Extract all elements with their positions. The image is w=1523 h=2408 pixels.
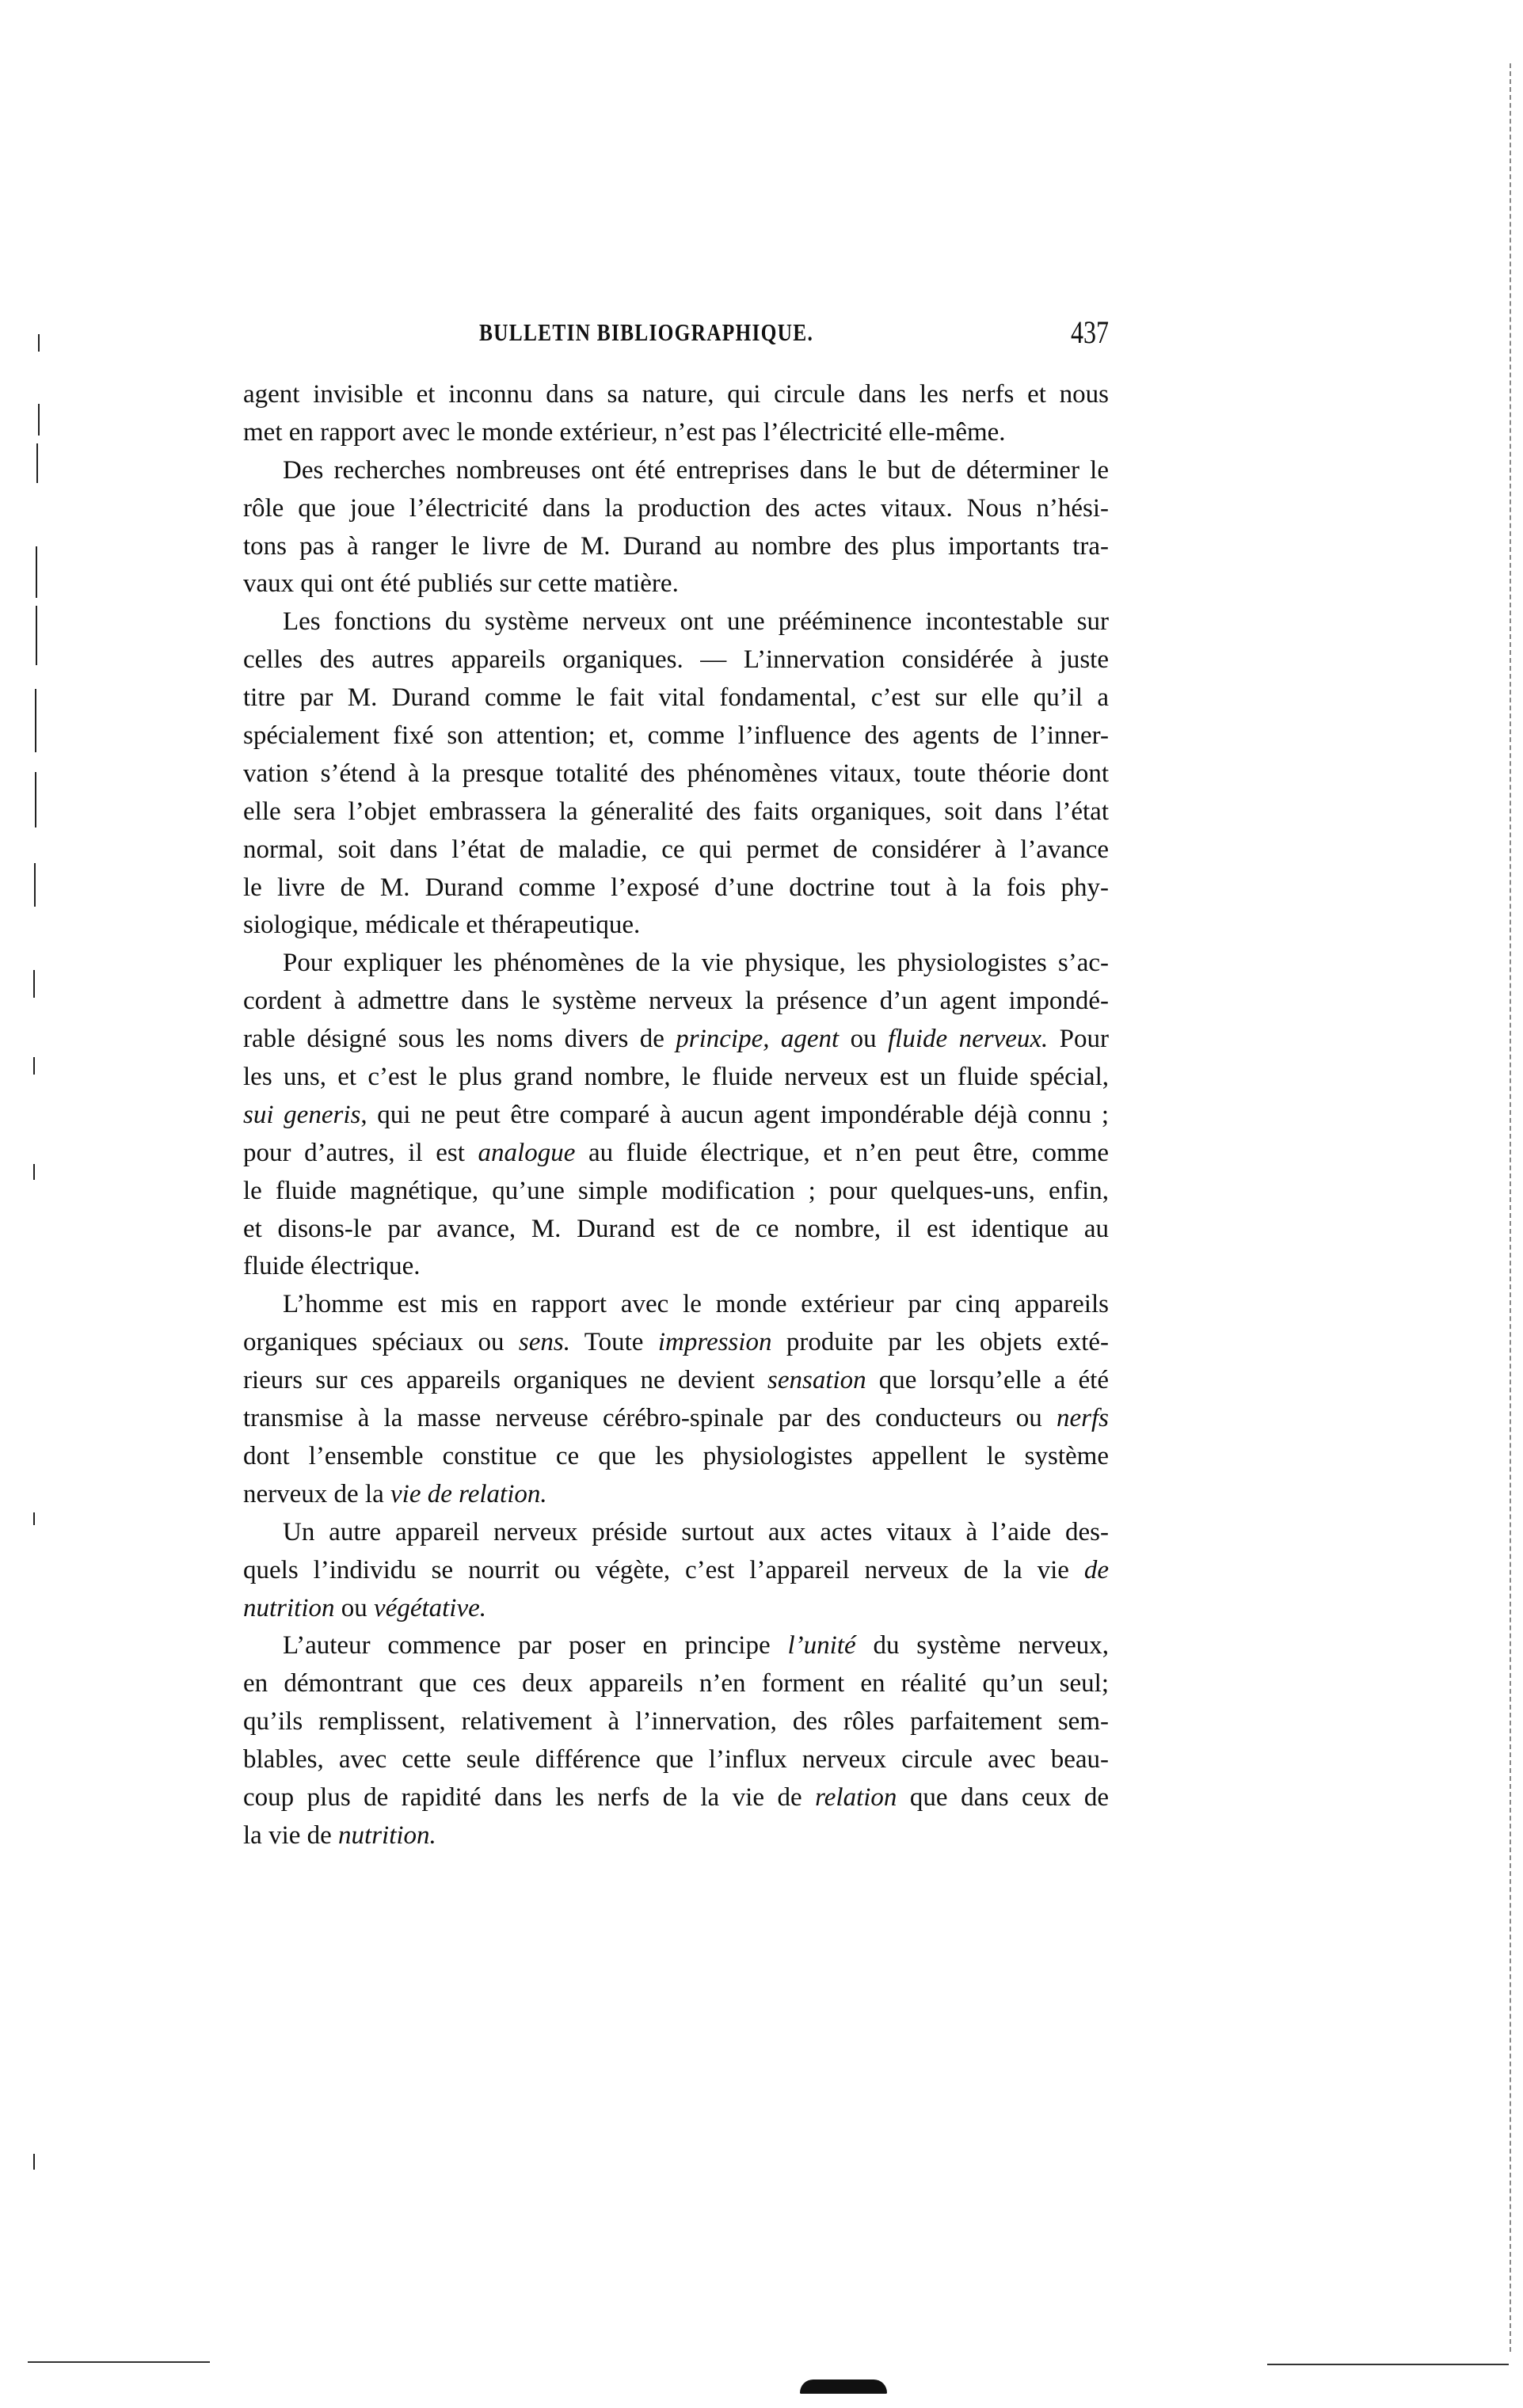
text-line: celles des autres appareils organiques. … [243, 641, 1109, 679]
italic-term: analogue [478, 1139, 576, 1167]
text-run: cordent à admettre dans le système nerve… [243, 987, 1109, 1015]
text-run: vation s’étend à la presque totalité des… [243, 759, 1109, 788]
text-run: blables, avec cette seule différence que… [243, 1745, 1109, 1774]
text-run: en démontrant que ces deux appareils n’e… [243, 1669, 1109, 1698]
paragraph-first-line: L’homme est mis en rapport avec le monde… [243, 1286, 1109, 1324]
text-run: rable désigné sous les noms divers de [243, 1025, 676, 1053]
text-run: siologique, médicale et thérapeutique. [243, 911, 640, 939]
text-run: rôle que joue l’électricité dans la prod… [243, 494, 1109, 523]
text-line: la vie de nutrition. [243, 1817, 1109, 1855]
text-line: dont l’ensemble constitue ce que les phy… [243, 1438, 1109, 1476]
text-run: Toute [570, 1328, 658, 1356]
text-line: elle sera l’objet embrassera la génerali… [243, 793, 1109, 831]
text-run: Les fonctions du système nerveux ont une… [283, 607, 1109, 636]
text-run: que lorsqu’elle a été [866, 1366, 1109, 1394]
text-line: tons pas à ranger le livre de M. Durand … [243, 528, 1109, 566]
margin-mark [34, 863, 36, 907]
text-run: quels l’individu se nourrit ou végète, c… [243, 1556, 1084, 1584]
text-line: spécialement fixé son attention; et, com… [243, 717, 1109, 755]
margin-mark [33, 970, 35, 998]
italic-term: l’unité [787, 1631, 855, 1660]
text-run: titre par M. Durand comme le fait vital … [243, 683, 1109, 712]
italic-term: vie de relation. [390, 1480, 547, 1508]
text-run: que dans ceux de [897, 1783, 1109, 1812]
text-line: et disons-le par avance, M. Durand est d… [243, 1211, 1109, 1249]
italic-term: impression [658, 1328, 772, 1356]
text-run: qu’ils remplissent, relativement à l’inn… [243, 1707, 1109, 1736]
right-scan-edge [1510, 63, 1513, 2352]
text-line: agent invisible et inconnu dans sa natur… [243, 376, 1109, 414]
italic-term: relation [815, 1783, 897, 1812]
text-run: dont l’ensemble constitue ce que les phy… [243, 1442, 1109, 1470]
text-line: vation s’étend à la presque totalité des… [243, 755, 1109, 793]
italic-term: nutrition. [338, 1821, 436, 1850]
italic-term: végétative. [374, 1594, 486, 1622]
text-run: fluide électrique. [243, 1252, 421, 1280]
margin-mark [35, 772, 36, 827]
text-line: fluide électrique. [243, 1248, 1109, 1286]
text-line: le livre de M. Durand comme l’exposé d’u… [243, 869, 1109, 907]
page-number: 437 [1071, 314, 1109, 351]
text-line: cordent à admettre dans le système nerve… [243, 983, 1109, 1021]
italic-term: sui generis [243, 1101, 360, 1129]
text-run: agent invisible et inconnu dans sa natur… [243, 380, 1109, 409]
bottom-ink-blot [800, 2379, 887, 2394]
text-line: nerveux de la vie de relation. [243, 1476, 1109, 1514]
text-run: Des recherches nombreuses ont été entrep… [283, 456, 1109, 485]
text-line: rôle que joue l’électricité dans la prod… [243, 490, 1109, 528]
paragraph-first-line: Les fonctions du système nerveux ont une… [243, 603, 1109, 641]
text-run: le livre de M. Durand comme l’exposé d’u… [243, 873, 1109, 902]
text-run: pour d’autres, il est [243, 1139, 478, 1167]
text-run: elle sera l’objet embrassera la génerali… [243, 797, 1109, 826]
italic-term: sens. [519, 1328, 570, 1356]
margin-mark [35, 689, 36, 752]
text-run: Un autre appareil nerveux préside surtou… [283, 1518, 1109, 1546]
text-run: coup plus de rapidité dans les nerfs de … [243, 1783, 815, 1812]
margin-mark [38, 334, 40, 352]
margin-mark [36, 546, 37, 598]
bottom-scan-edge-left [28, 2361, 210, 2363]
text-run: produite par les objets exté- [771, 1328, 1109, 1356]
text-run: le fluide magnétique, qu’une simple modi… [243, 1177, 1109, 1205]
text-run: les uns, et c’est le plus grand nombre, … [243, 1063, 1109, 1091]
text-line: pour d’autres, il est analogue au fluide… [243, 1135, 1109, 1173]
italic-term: nerfs [1057, 1404, 1109, 1432]
text-run: Pour [1048, 1025, 1109, 1053]
paragraph-first-line: Pour expliquer les phénomènes de la vie … [243, 945, 1109, 983]
text-run: met en rapport avec le monde extérieur, … [243, 418, 1006, 447]
text-line: nutrition ou végétative. [243, 1590, 1109, 1628]
text-run: L’homme est mis en rapport avec le monde… [283, 1290, 1109, 1318]
text-line: qu’ils remplissent, relativement à l’inn… [243, 1703, 1109, 1741]
text-run: la vie de [243, 1821, 338, 1850]
text-run: organiques spéciaux ou [243, 1328, 519, 1356]
text-run: ou [335, 1594, 375, 1622]
text-run: transmise à la masse nerveuse cérébro-sp… [243, 1404, 1057, 1432]
italic-term: sensation [767, 1366, 866, 1394]
body-text: agent invisible et inconnu dans sa natur… [243, 376, 1109, 1855]
text-line: en démontrant que ces deux appareils n’e… [243, 1665, 1109, 1703]
text-line: sui generis, qui ne peut être comparé à … [243, 1097, 1109, 1135]
text-line: organiques spéciaux ou sens. Toute impre… [243, 1324, 1109, 1362]
paragraph-first-line: Un autre appareil nerveux préside surtou… [243, 1514, 1109, 1552]
text-line: transmise à la masse nerveuse cérébro-sp… [243, 1400, 1109, 1438]
text-run: nerveux de la [243, 1480, 390, 1508]
text-run: rieurs sur ces appareils organiques ne d… [243, 1366, 767, 1394]
italic-term: principe, agent [676, 1025, 839, 1053]
paragraph-first-line: L’auteur commence par poser en principe … [243, 1627, 1109, 1665]
margin-mark [36, 606, 37, 665]
margin-mark [33, 1512, 35, 1525]
text-run: ou [839, 1025, 888, 1053]
text-run: , qui ne peut être comparé à aucun agent… [360, 1101, 1109, 1129]
text-run: normal, soit dans l’état de maladie, ce … [243, 835, 1109, 864]
text-line: met en rapport avec le monde extérieur, … [243, 414, 1109, 452]
text-run: du système nerveux, [856, 1631, 1109, 1660]
margin-mark [38, 404, 40, 436]
text-line: coup plus de rapidité dans les nerfs de … [243, 1779, 1109, 1817]
text-run: spécialement fixé son attention; et, com… [243, 721, 1109, 750]
paragraph-first-line: Des recherches nombreuses ont été entrep… [243, 452, 1109, 490]
scanned-page: BULLETIN BIBLIOGRAPHIQUE. 437 agent invi… [0, 0, 1523, 2408]
running-title: BULLETIN BIBLIOGRAPHIQUE. [479, 318, 813, 347]
text-line: les uns, et c’est le plus grand nombre, … [243, 1059, 1109, 1097]
margin-mark [36, 443, 38, 483]
margin-mark [33, 2154, 35, 2170]
text-run: Pour expliquer les phénomènes de la vie … [283, 949, 1109, 977]
italic-term: nutrition [243, 1594, 335, 1622]
text-run: celles des autres appareils organiques. … [243, 645, 1109, 674]
text-run: et disons-le par avance, M. Durand est d… [243, 1215, 1109, 1243]
margin-mark [33, 1164, 35, 1180]
bottom-scan-edge-right [1267, 2364, 1509, 2365]
text-run: vaux qui ont été publiés sur cette matiè… [243, 569, 679, 598]
text-line: le fluide magnétique, qu’une simple modi… [243, 1173, 1109, 1211]
running-head: BULLETIN BIBLIOGRAPHIQUE. 437 [243, 318, 1109, 358]
text-line: titre par M. Durand comme le fait vital … [243, 679, 1109, 717]
text-line: rable désigné sous les noms divers de pr… [243, 1021, 1109, 1059]
text-line: normal, soit dans l’état de maladie, ce … [243, 831, 1109, 869]
text-line: blables, avec cette seule différence que… [243, 1741, 1109, 1779]
text-run: L’auteur commence par poser en principe [283, 1631, 787, 1660]
italic-term: de [1084, 1556, 1109, 1584]
text-line: rieurs sur ces appareils organiques ne d… [243, 1362, 1109, 1400]
margin-mark [33, 1057, 35, 1075]
text-run: tons pas à ranger le livre de M. Durand … [243, 532, 1109, 561]
text-run: au fluide électrique, et n’en peut être,… [575, 1139, 1109, 1167]
text-line: siologique, médicale et thérapeutique. [243, 907, 1109, 945]
italic-term: fluide nerveux. [888, 1025, 1048, 1053]
text-line: vaux qui ont été publiés sur cette matiè… [243, 565, 1109, 603]
text-line: quels l’individu se nourrit ou végète, c… [243, 1552, 1109, 1590]
